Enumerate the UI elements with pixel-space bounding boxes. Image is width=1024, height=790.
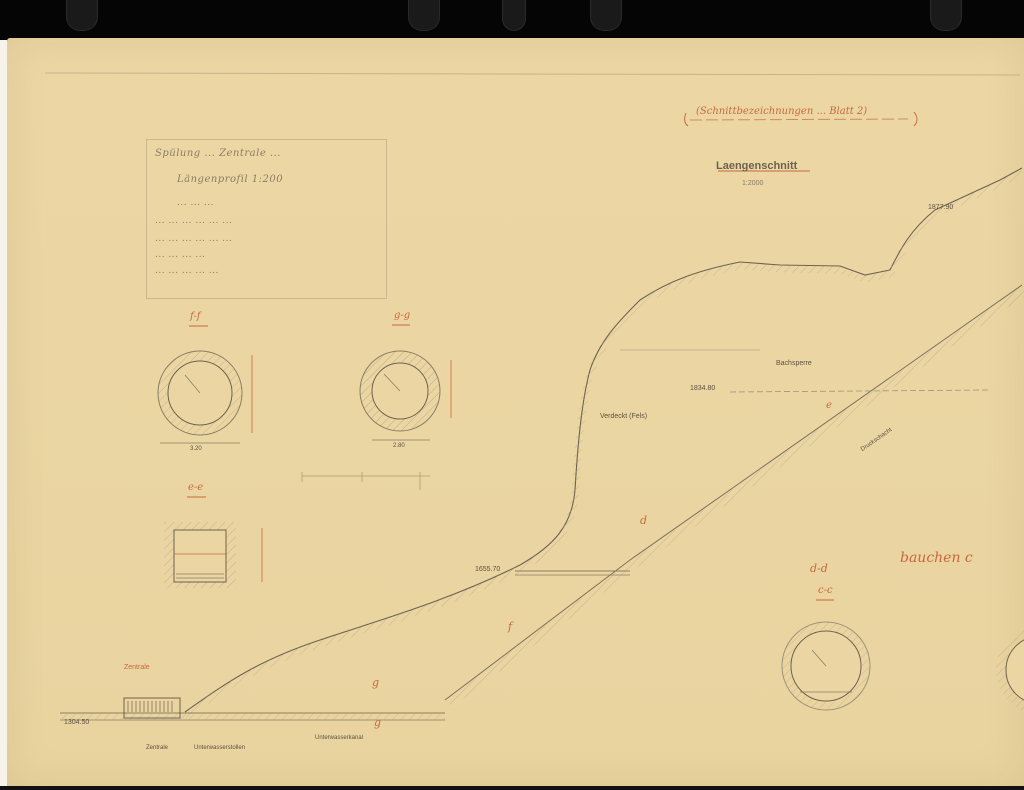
upper-label: Bachsperre: [776, 360, 812, 367]
cross-section-c-c-label: c-c: [818, 585, 833, 596]
title-line-4: ... ... ... ... ... ...: [155, 216, 232, 226]
top-border-line: [45, 73, 1020, 75]
cross-section-e-e: [164, 522, 262, 588]
title-line-2: Längenprofil 1:200: [177, 174, 283, 185]
elevation-reference-line: [730, 390, 990, 392]
longitudinal-section-drawing: [0, 0, 1024, 790]
bottom-label-2: Unterwasserstollen: [194, 745, 245, 751]
scale-bar: [302, 472, 430, 490]
title-block: Spülung ... Zentrale ... Längenprofil 1:…: [146, 139, 387, 299]
annotation-d-d: d-d: [810, 562, 828, 575]
building-label: Zentrale: [124, 664, 150, 671]
terrain-label: Verdeckt (Fels): [600, 413, 647, 420]
elevation-bottom-left: 1304.50: [64, 719, 89, 726]
bottom-label-3: Unterwasserkanal: [315, 735, 363, 741]
bottom-label-1: Zentrale: [146, 745, 168, 751]
elevation-middle: 1834.80: [690, 385, 715, 392]
section-title: Laengenschnitt: [716, 160, 797, 172]
cross-section-g-g: [360, 351, 451, 440]
title-line-5: ... ... ... ... ... ...: [155, 234, 232, 244]
elevation-lower-middle: 1655.70: [475, 566, 500, 573]
cross-section-partial-right: [996, 626, 1024, 714]
annotation-bauchen: bauchen c: [900, 550, 973, 566]
cross-section-f-f-label: f-f: [190, 311, 200, 322]
title-line-6: ... ... ... ...: [155, 250, 205, 260]
scanner-frame-bottom: [0, 786, 1024, 790]
cross-section-e-e-label: e-e: [188, 482, 203, 493]
header-note: (Schnittbezeichnungen ... Blatt 2): [696, 106, 867, 117]
cross-section-c-c: [782, 622, 870, 710]
cross-section-f-f: [158, 351, 252, 443]
section-scale: 1:2000: [742, 180, 763, 187]
elevation-top-right: 1877.90: [928, 204, 953, 211]
paren-right: [914, 112, 917, 126]
section-mark-f: f: [508, 620, 512, 633]
cross-section-g-g-label: g-g: [394, 310, 410, 321]
section-mark-g-upper: g: [372, 676, 379, 689]
pressure-shaft-hatching: [449, 289, 1024, 704]
section-mark-e: e: [826, 400, 832, 411]
title-line-7: ... ... ... ... ...: [155, 266, 219, 276]
section-mark-g-lower: g: [374, 716, 381, 729]
title-line-3: ... ... ...: [177, 198, 214, 208]
cross-section-f-f-dim: 3.20: [190, 446, 202, 452]
title-line-1: Spülung ... Zentrale ...: [155, 148, 281, 159]
cross-section-g-g-dim: 2.80: [393, 443, 405, 449]
paren-left: [685, 113, 688, 126]
section-mark-d: d: [640, 514, 647, 527]
